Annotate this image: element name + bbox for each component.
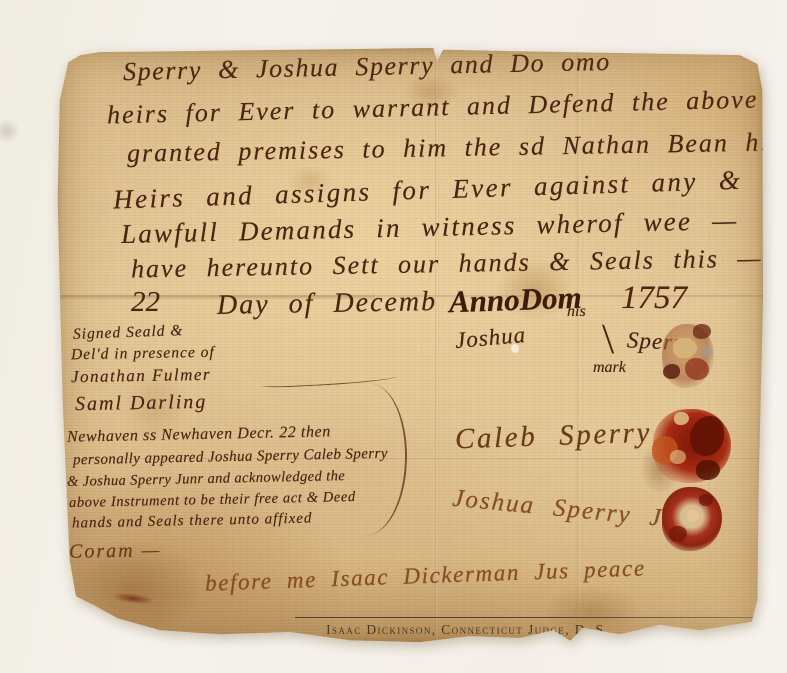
ack-line-1: Newhaven ss Newhaven Decr. 22 then (67, 423, 331, 447)
coram-label: Coram — (69, 539, 162, 564)
mark-label: mark (593, 359, 626, 377)
seal-blob (652, 436, 678, 464)
witness-line-signed: Signed Seald & (73, 322, 184, 344)
witness-signature-darling: Saml Darling (75, 391, 208, 416)
ack-line-3: & Joshua Sperry Junr and acknowledged th… (67, 468, 345, 491)
deed-body-line-6: have hereunto Sett our hands & Seals thi… (131, 243, 763, 284)
paper-shadow-wrap: Sperry & Joshua Sperry and Do omo heirs … (0, 0, 787, 673)
seal-blob (674, 412, 689, 425)
date-day: 22 (131, 286, 160, 319)
signature-joshua-sperry: his Joshua ╲ Sperry mark (455, 303, 705, 379)
document-paper: Sperry & Joshua Sperry and Do omo heirs … (57, 48, 763, 642)
acknowledgment-block: Newhaven ss Newhaven Decr. 22 then perso… (67, 426, 497, 536)
signature-surname: Sperry (626, 327, 695, 356)
witness-signature-fulmer: Jonathan Fulmer (71, 365, 211, 387)
wax-seal-caleb (650, 406, 734, 486)
paper-stain (640, 442, 680, 494)
ack-line-4: above Instrument to be their free act & … (69, 489, 356, 512)
witness-line-delivered: Del'd in presence of (71, 344, 215, 365)
seal-blob (690, 416, 724, 456)
deed-body-line-2: heirs for Ever to warrant and Defend the… (107, 84, 787, 131)
justice-attestation: before me Isaac Dickerman Jus peace (205, 555, 646, 596)
caption-rule (295, 617, 761, 618)
deed-body-line-3: granted premises to him the sd Nathan Be… (127, 127, 782, 168)
seal-blob (670, 450, 686, 464)
date-month-phrase: Day of Decemb (217, 286, 438, 322)
photo-background: Sperry & Joshua Sperry and Do omo heirs … (0, 0, 787, 673)
seal-blob (696, 460, 720, 480)
ack-line-5: hands and Seals there unto affixed (72, 510, 313, 532)
signature-mark-glyph: ╲ (599, 326, 616, 354)
ack-line-2: personally appeared Joshua Sperry Caleb … (73, 446, 388, 470)
signature-first-name: Joshua (454, 322, 527, 354)
printed-caption: Isaac Dickinson, Connecticut Judge, D. S… (297, 622, 643, 638)
seal-blob (699, 494, 713, 506)
red-pencil-mark (114, 592, 153, 606)
deed-body-line-1: Sperry & Joshua Sperry and Do omo (123, 47, 611, 87)
his-label: his (567, 303, 586, 321)
seal-blob (653, 409, 730, 483)
